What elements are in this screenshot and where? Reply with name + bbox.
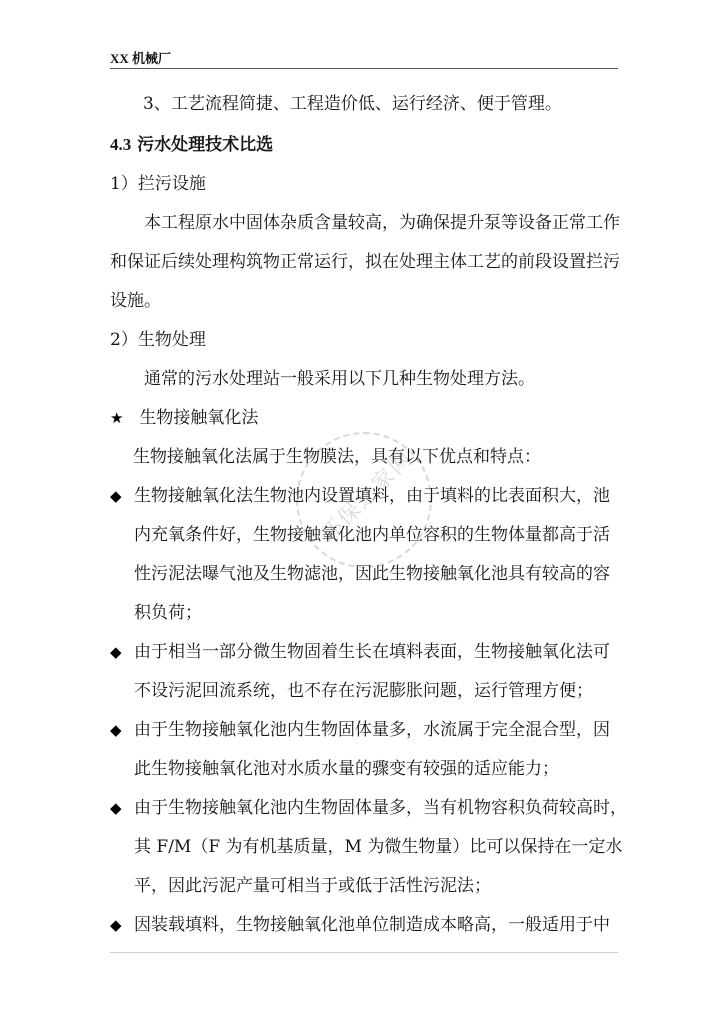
footer-divider (110, 952, 618, 953)
header-divider (110, 68, 618, 69)
paragraph-line: 和保证后续处理构筑物正常运行，拟在处理主体工艺的前段设置拦污 (110, 251, 620, 273)
bullet-text: 内充氧条件好，生物接触氧化池内单位容积的生物体量都高于活 (134, 524, 610, 546)
header-title: XX 机械厂 (110, 51, 171, 66)
section-heading: 4.3 污水处理技术比选 (110, 134, 273, 156)
bullet-text: 此生物接触氧化池对水质水量的骤变有较强的适应能力； (134, 758, 559, 780)
bullet-text: 由于相当一部分微生物固着生长在填料表面，生物接触氧化法可 (134, 642, 610, 662)
bullet-text: 生物接触氧化法生物池内设置填料，由于填料的比表面积大，池 (134, 486, 610, 506)
diamond-bullet-icon: ◆ (110, 485, 134, 507)
method-intro: 生物接触氧化法属于生物膜法，具有以下优点和特点： (133, 446, 541, 468)
bullet-item: ◆由于生物接触氧化池内生物固体量多，当有机物容积负荷较高时， (110, 797, 627, 819)
diamond-bullet-icon: ◆ (110, 797, 134, 819)
bullet-text: 性污泥法曝气池及生物滤池，因此生物接触氧化池具有较高的容 (134, 563, 610, 585)
subsection-1-label: 1）拦污设施 (110, 173, 206, 195)
subsection-2-label: 2）生物处理 (110, 329, 206, 351)
page-header: XX 机械厂 (110, 48, 618, 68)
bullet-text: 积负荷； (134, 602, 202, 624)
bullet-text: 由于生物接触氧化池内生物固体量多，当有机物容积负荷较高时， (134, 798, 627, 818)
bullet-item: ◆因装载填料，生物接触氧化池单位制造成本略高，一般适用于中 (110, 914, 610, 936)
section-number: 4.3 (110, 135, 131, 154)
bullet-item: ◆由于相当一部分微生物固着生长在填料表面，生物接触氧化法可 (110, 641, 610, 663)
paragraph-line: 本工程原水中固体杂质含量较高，为确保提升泵等设备正常工作 (144, 212, 620, 234)
diamond-bullet-icon: ◆ (110, 641, 134, 663)
bullet-text: 其 F/M（F 为有机基质量，M 为微生物量）比可以保持在一定水 (134, 836, 622, 858)
bullet-text: 平，因此污泥产量可相当于或低于活性污泥法； (134, 875, 491, 897)
intro-item: 3、工艺流程简捷、工程造价低、运行经济、便于管理。 (143, 93, 562, 115)
bullet-text: 不设污泥回流系统，也不存在污泥膨胀问题，运行管理方便； (134, 680, 593, 702)
bullet-text: 由于生物接触氧化池内生物固体量多，水流属于完全混合型，因 (134, 720, 610, 740)
method-heading: ★ 生物接触氧化法 (110, 407, 258, 429)
bullet-text: 因装载填料，生物接触氧化池单位制造成本略高，一般适用于中 (134, 915, 610, 935)
bullet-item: ◆生物接触氧化法生物池内设置填料，由于填料的比表面积大，池 (110, 485, 610, 507)
method-title: 生物接触氧化法 (139, 408, 258, 428)
bullet-item: ◆由于生物接触氧化池内生物固体量多，水流属于完全混合型，因 (110, 719, 610, 741)
diamond-bullet-icon: ◆ (110, 914, 134, 936)
paragraph-line: 设施。 (110, 290, 161, 312)
diamond-bullet-icon: ◆ (110, 719, 134, 741)
paragraph-line: 通常的污水处理站一般采用以下几种生物处理方法。 (144, 368, 535, 390)
star-icon: ★ (110, 407, 134, 429)
section-title: 污水处理技术比选 (137, 135, 273, 155)
